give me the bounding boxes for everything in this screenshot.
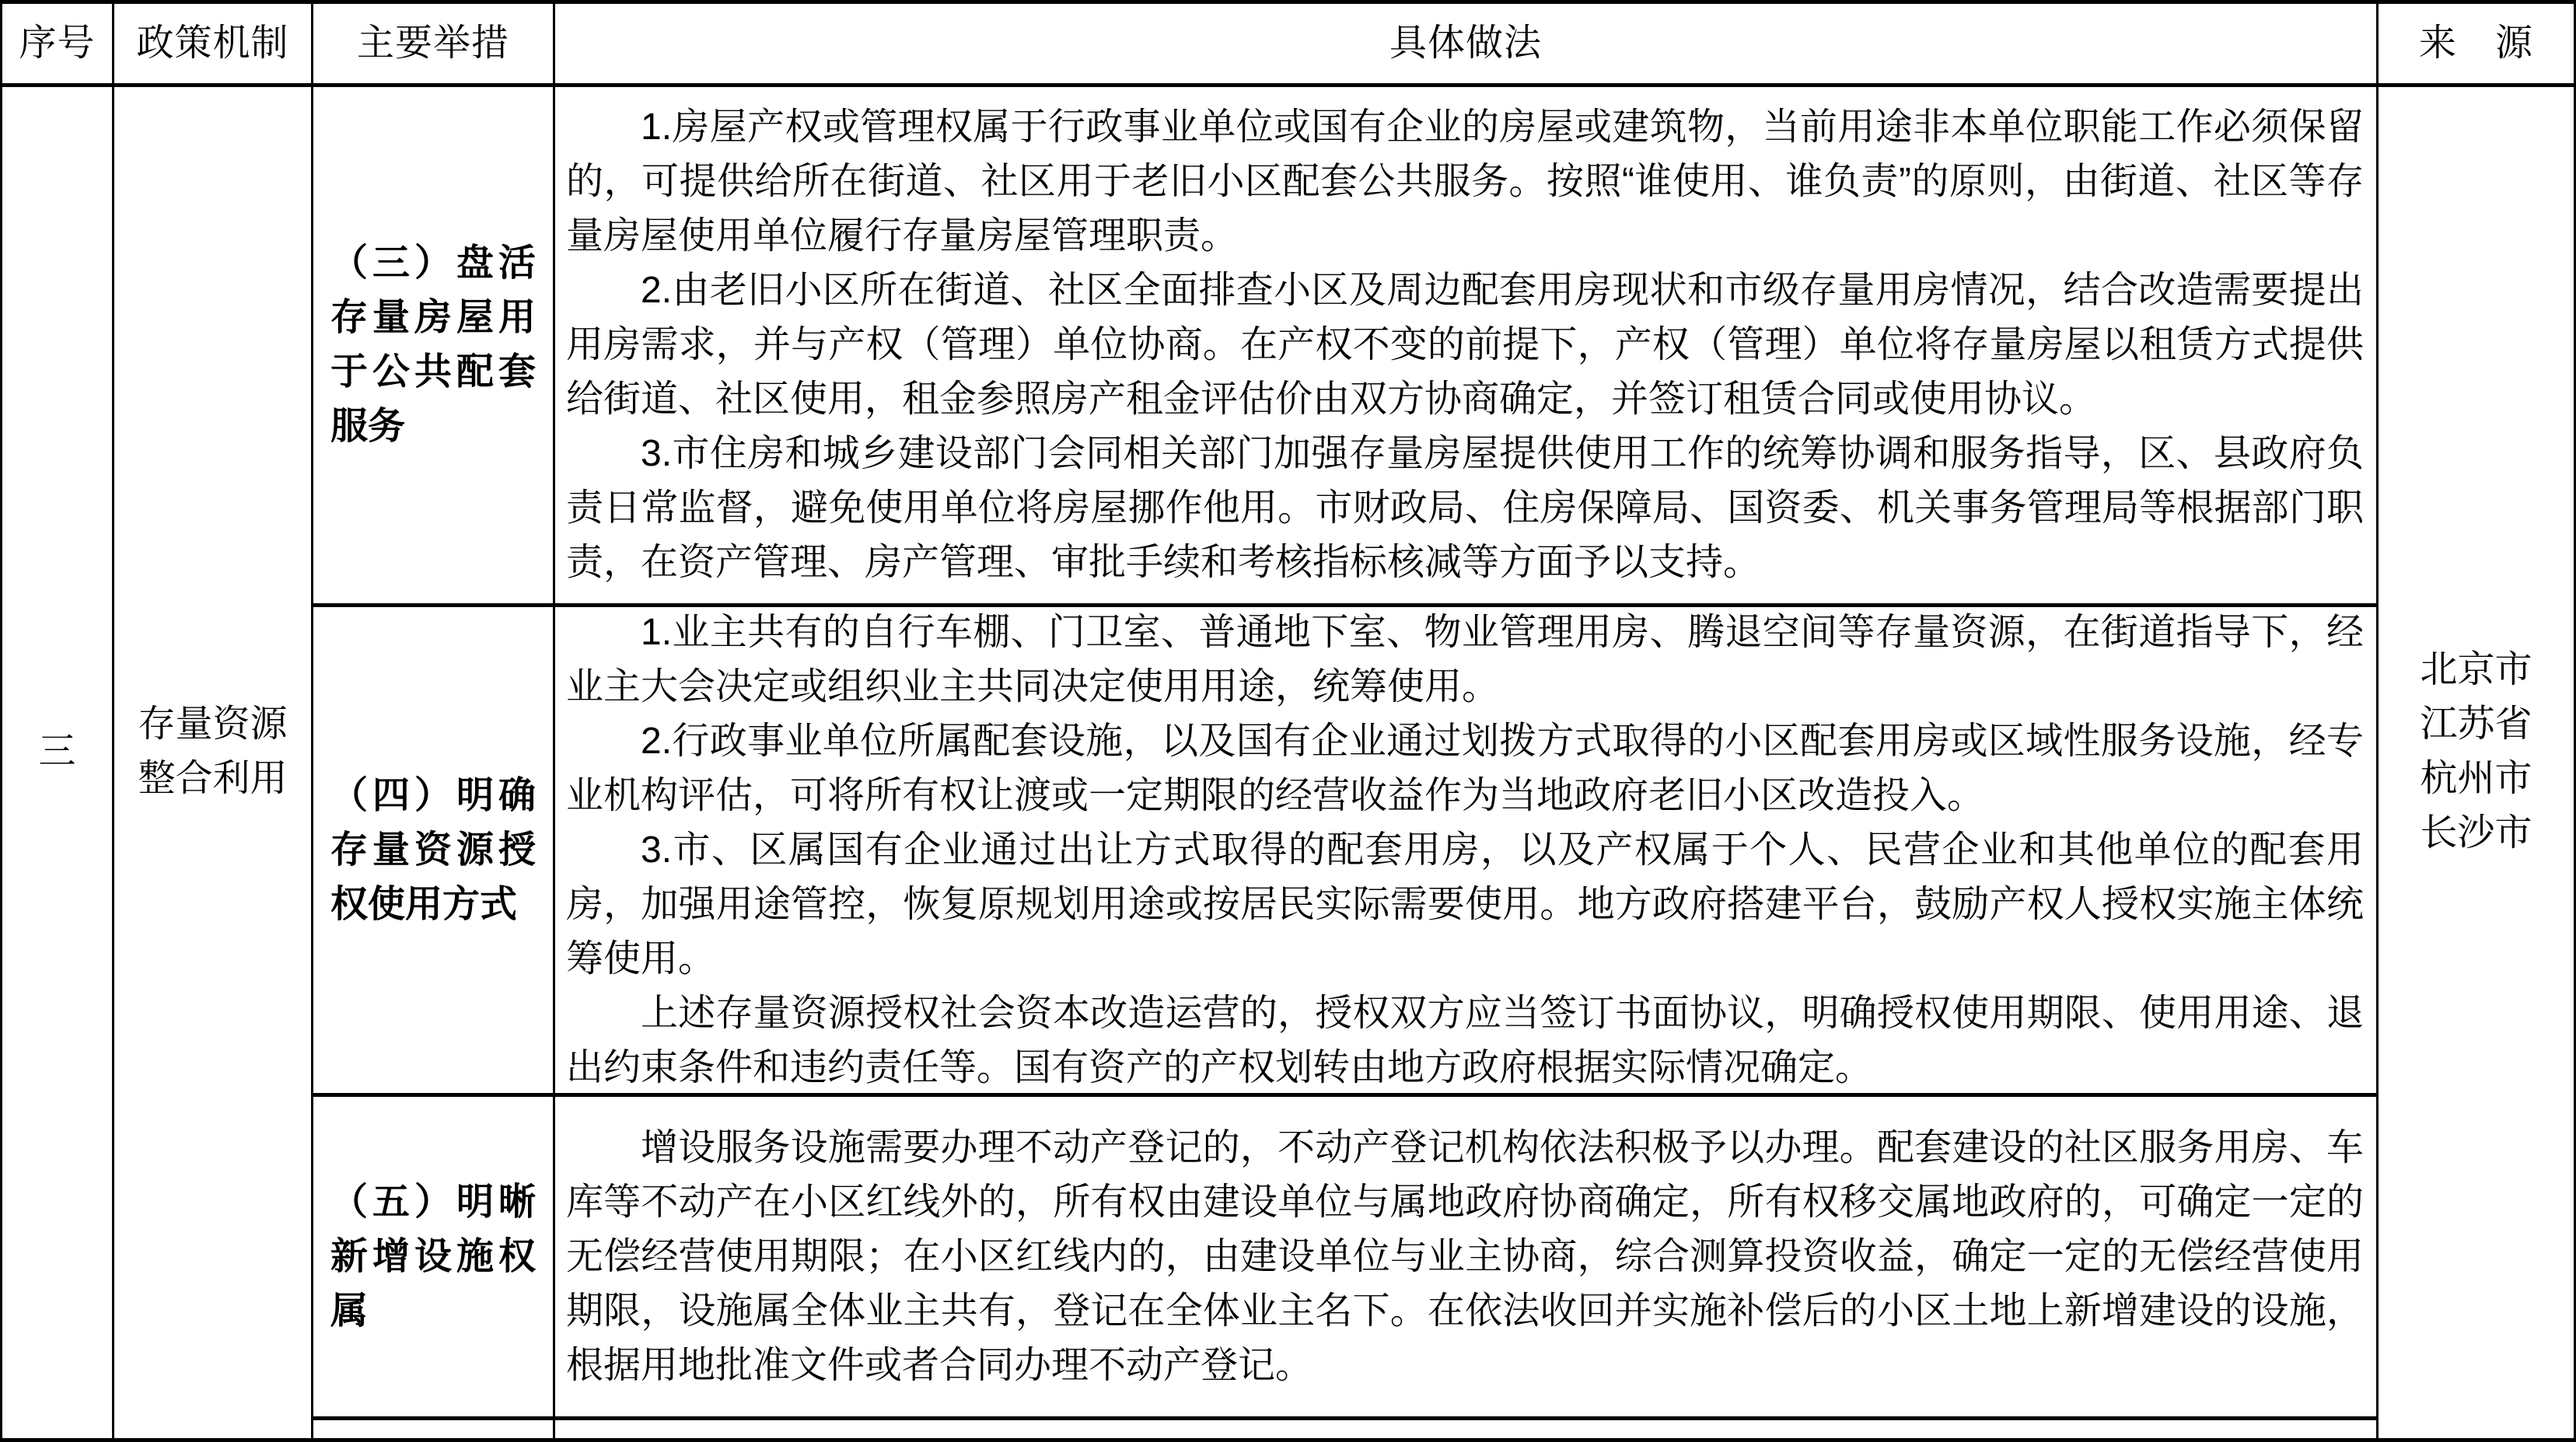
cell-practice-row2: 1.业主共有的自行车棚、门卫室、普通地下室、物业管理用房、腾退空间等存量资源，在…	[555, 607, 2376, 1093]
practice-paragraph: 3.市、区属国有企业通过出让方式取得的配套用房，以及产权属于个人、民营企业和其他…	[566, 823, 2364, 986]
row-divider-3	[313, 1416, 2376, 1420]
header-cell-source: 来 源	[2379, 4, 2574, 83]
header-label-serial: 序号	[19, 16, 95, 71]
policy-table-page: 序号 政策机制 主要举措 具体做法 来 源 三 存量资源 整合利用 北京市 江苏…	[0, 0, 2576, 1442]
practice-paragraph: 1.房屋产权或管理权属于行政事业单位或国有企业的房屋或建筑物，当前用途非本单位职…	[566, 100, 2364, 264]
page-bottom-edge-line	[0, 1438, 2576, 1442]
cell-practice-row3: 增设服务设施需要办理不动产登记的，不动产登记机构依法积极予以办理。配套建设的社区…	[555, 1097, 2376, 1416]
cell-practice-row1: 1.房屋产权或管理权属于行政事业单位或国有企业的房屋或建筑物，当前用途非本单位职…	[555, 87, 2376, 603]
header-cell-mechanism: 政策机制	[114, 4, 311, 83]
header-label-measure: 主要举措	[357, 16, 509, 71]
practice-paragraph: 1.业主共有的自行车棚、门卫室、普通地下室、物业管理用房、腾退空间等存量资源，在…	[566, 606, 2364, 714]
cell-sources: 北京市 江苏省 杭州市 长沙市	[2379, 87, 2574, 1416]
section-mechanism-text: 存量资源 整合利用	[138, 697, 287, 806]
source-list-text: 北京市 江苏省 杭州市 长沙市	[2420, 643, 2532, 861]
cell-measure-row3: （五）明晰新增设施权属	[313, 1097, 553, 1416]
header-label-practice: 具体做法	[1389, 16, 1542, 71]
practice-paragraph: 增设服务设施需要办理不动产登记的，不动产登记机构依法积极予以办理。配套建设的社区…	[566, 1121, 2364, 1393]
cell-measure-row1: （三）盘活存量房屋用于公共配套服务	[313, 87, 553, 603]
practice-paragraph: 上述存量资源授权社会资本改造运营的，授权双方应当签订书面协议，明确授权使用期限、…	[566, 986, 2364, 1095]
section-serial-text: 三	[38, 724, 75, 779]
measure-title-row1: （三）盘活存量房屋用于公共配套服务	[330, 236, 536, 454]
header-cell-practice: 具体做法	[555, 4, 2376, 83]
cell-section-serial: 三	[2, 87, 112, 1416]
header-label-source: 来 源	[2419, 16, 2533, 71]
measure-title-row2: （四）明确存量资源授权使用方式	[330, 769, 536, 932]
header-label-mechanism: 政策机制	[136, 16, 288, 71]
header-cell-serial: 序号	[2, 4, 112, 83]
measure-title-row3: （五）明晰新增设施权属	[330, 1175, 536, 1339]
practice-paragraph: 2.行政事业单位所属配套设施，以及国有企业通过划拨方式取得的小区配套用房或区域性…	[566, 714, 2364, 823]
cell-section-mechanism: 存量资源 整合利用	[114, 87, 311, 1416]
header-cell-measure: 主要举措	[313, 4, 553, 83]
practice-paragraph: 2.由老旧小区所在街道、社区全面排查小区及周边配套用房现状和市级存量用房情况，结…	[566, 264, 2364, 427]
practice-paragraph: 3.市住房和城乡建设部门会同相关部门加强存量房屋提供使用工作的统筹协调和服务指导…	[566, 427, 2364, 590]
cell-measure-row2: （四）明确存量资源授权使用方式	[313, 607, 553, 1093]
